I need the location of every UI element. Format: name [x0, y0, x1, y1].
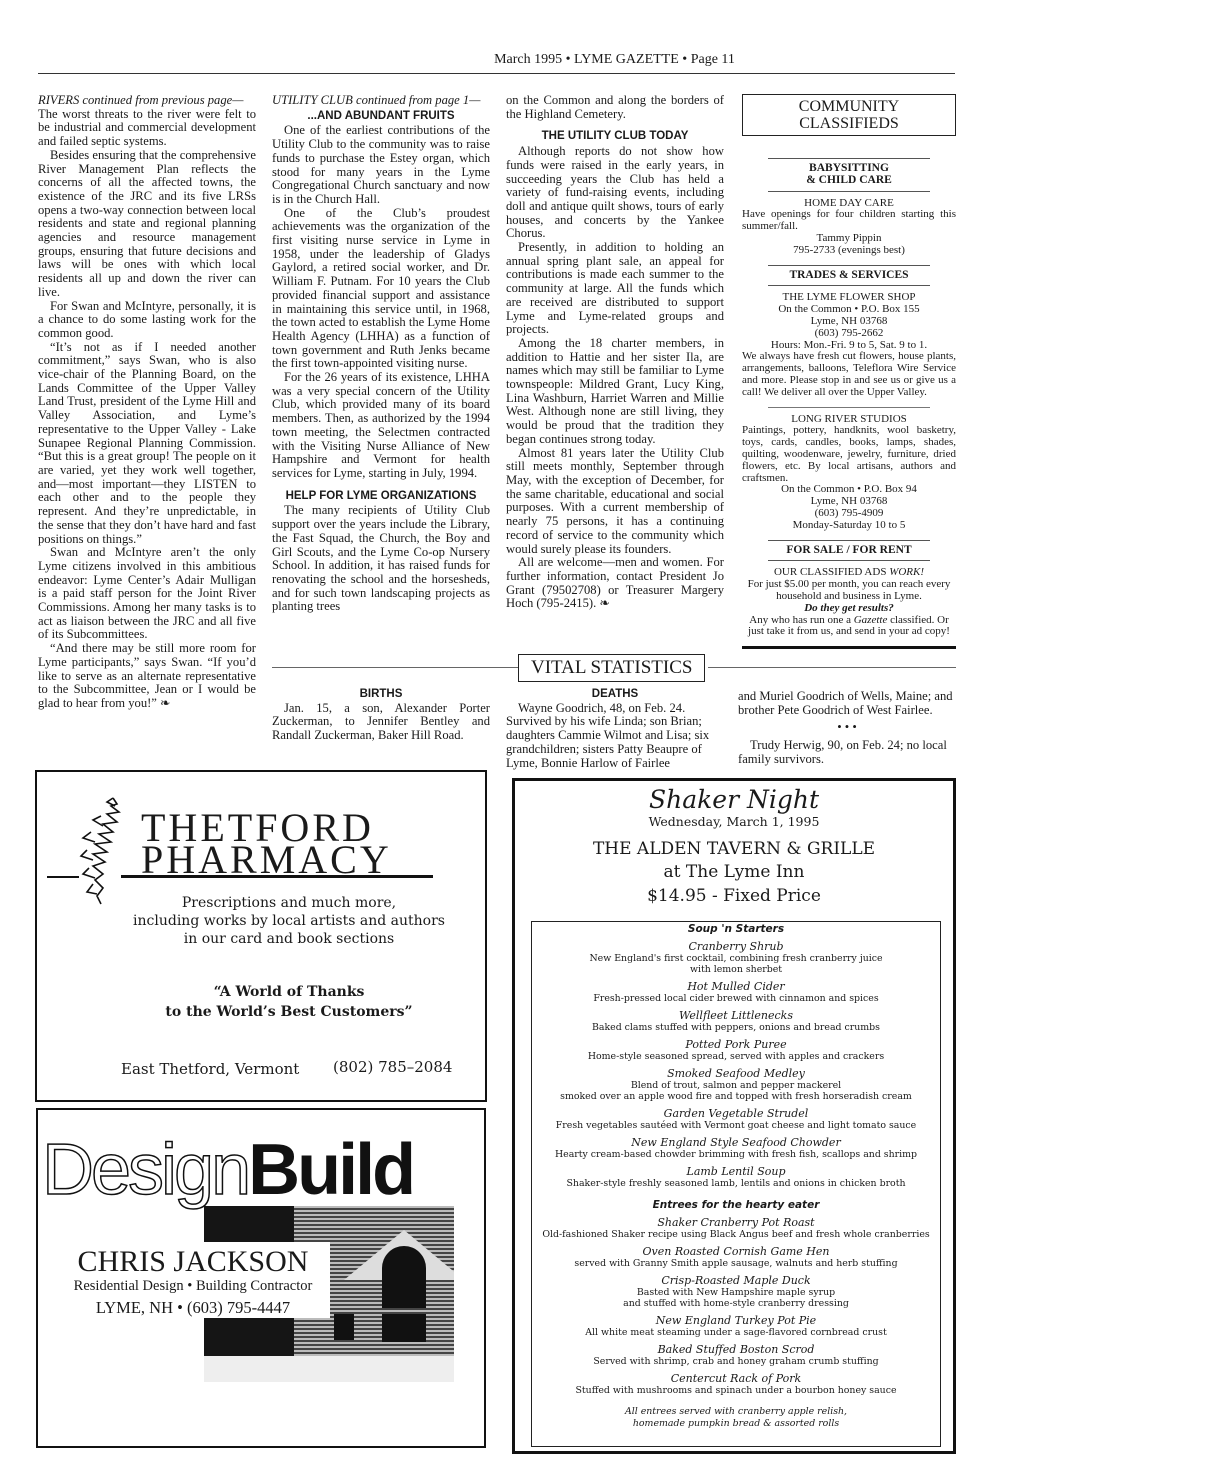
- vital-rule-right: [708, 667, 956, 668]
- menu-item: Shaker Cranberry Pot RoastOld-fashioned …: [532, 1216, 940, 1240]
- menu-footer-line: All entrees served with cranberry apple …: [532, 1406, 940, 1418]
- paragraph: For the 26 years of its existence, LHHA …: [272, 371, 490, 481]
- pharmacy-quote: “A World of Thanks to the World’s Best C…: [133, 982, 445, 1022]
- menu-item-desc: Served with shrimp, crab and honey graha…: [532, 1356, 940, 1367]
- menu-item-desc: Old-fashioned Shaker recipe using Black …: [532, 1229, 940, 1240]
- rivers-column: RIVERS continued from previous page— The…: [38, 94, 256, 711]
- menu-item-desc: New England's first cocktail, combining …: [532, 953, 940, 964]
- paragraph: The many recipients of Utility Club supp…: [272, 504, 490, 614]
- venue-location: at The Lyme Inn: [515, 862, 953, 882]
- window: [334, 1314, 354, 1340]
- deaths-heading: DEATHS: [506, 688, 724, 702]
- menu-item: Baked Stuffed Boston ScrodServed with sh…: [532, 1343, 940, 1367]
- menu-item-name: New England Turkey Pot Pie: [532, 1314, 940, 1327]
- thetford-pharmacy-ad: THETFORD PHARMACY Prescriptions and much…: [35, 770, 487, 1102]
- pharmacy-desc-line: Prescriptions and much more,: [133, 894, 445, 912]
- listing-address: Lyme, NH 03768: [742, 316, 956, 328]
- paragraph: Among the 18 charter members, in additio…: [506, 337, 724, 447]
- menu-section-heading: Soup 'n Starters: [532, 923, 940, 935]
- section-label: & CHILD CARE: [768, 175, 930, 187]
- paragraph: on the Common and along the borders of t…: [506, 94, 724, 121]
- menu-price: $14.95 - Fixed Price: [515, 886, 953, 906]
- entrees-list: Shaker Cranberry Pot RoastOld-fashioned …: [532, 1216, 940, 1396]
- deaths-continued: and Muriel Goodrich of Wells, Maine; and…: [738, 690, 956, 767]
- pharmacy-name: THETFORD PHARMACY: [141, 812, 392, 876]
- paragraph: The worst threats to the river were felt…: [38, 108, 256, 149]
- menu-item: Crisp-Roasted Maple DuckBasted with New …: [532, 1274, 940, 1309]
- paragraph: Swan and McIntyre aren’t the only Lyme c…: [38, 546, 256, 642]
- section-for-sale: FOR SALE / FOR RENT: [768, 540, 930, 562]
- arched-window: [382, 1246, 426, 1308]
- menu-item-desc: served with Granny Smith apple sausage, …: [532, 1258, 940, 1269]
- header-rule: [38, 73, 955, 74]
- page-header: March 1995 • LYME GAZETTE • Page 11: [0, 52, 1229, 68]
- section-babysitting: BABYSITTING & CHILD CARE: [768, 158, 930, 192]
- menu-item-name: Oven Roasted Cornish Game Hen: [532, 1245, 940, 1258]
- menu-section-heading: Entrees for the hearty eater: [532, 1199, 940, 1211]
- listing-desc: Have openings for four children starting…: [742, 209, 956, 233]
- menu-item: New England Turkey Pot PieAll white meat…: [532, 1314, 940, 1338]
- paragraph: All are welcome—men and women. For furth…: [506, 556, 724, 611]
- deaths-text: Trudy Herwig, 90, on Feb. 24; no local f…: [738, 739, 956, 766]
- pharmacy-quote-line: to the World’s Best Customers”: [133, 1002, 445, 1022]
- deaths-text: Wayne Goodrich, 48, on Feb. 24. Survived…: [506, 702, 724, 771]
- menu-item: Centercut Rack of PorkStuffed with mushr…: [532, 1372, 940, 1396]
- section-heading: HELP FOR LYME ORGANIZATIONS: [272, 490, 490, 504]
- menu-item-desc: smoked over an apple wood fire and toppe…: [532, 1091, 940, 1102]
- utility-kicker: UTILITY CLUB continued from page 1—: [272, 94, 490, 108]
- menu-item-desc: Stuffed with mushrooms and spinach under…: [532, 1385, 940, 1396]
- listing-desc: We always have fresh cut flowers, house …: [742, 351, 956, 398]
- classifieds-bottom-rule: [742, 646, 956, 649]
- menu-footer-line: homemade pumpkin bread & assorted rolls: [532, 1418, 940, 1430]
- menu-item: Garden Vegetable StrudelFresh vegetables…: [532, 1107, 940, 1131]
- community-classifieds: COMMUNITY CLASSIFIEDS BABYSITTING & CHIL…: [742, 94, 956, 649]
- pharmacy-location: East Thetford, Vermont: [121, 1060, 299, 1078]
- utility-club-column-continued: on the Common and along the borders of t…: [506, 94, 724, 611]
- listing-hours: Monday-Saturday 10 to 5: [742, 520, 956, 532]
- menu-item-name: Garden Vegetable Strudel: [532, 1107, 940, 1120]
- paragraph: For Swan and McIntyre, personally, it is…: [38, 300, 256, 341]
- menu-item-desc: with lemon sherbet: [532, 964, 940, 975]
- classifieds-title: COMMUNITY: [743, 98, 955, 115]
- designbuild-logo: DesignBuild: [42, 1134, 413, 1206]
- pharmacy-description: Prescriptions and much more, including w…: [133, 894, 445, 948]
- pharmacy-phone: (802) 785–2084: [333, 1058, 452, 1076]
- section-trades: TRADES & SERVICES: [768, 265, 930, 287]
- menu-item-name: Hot Mulled Cider: [532, 980, 940, 993]
- menu-item-name: Lamb Lentil Soup: [532, 1165, 940, 1178]
- menu-item-desc: All white meat steaming under a sage-fla…: [532, 1327, 940, 1338]
- section-heading: ...AND ABUNDANT FRUITS: [272, 110, 490, 124]
- deaths: DEATHS Wayne Goodrich, 48, on Feb. 24. S…: [506, 688, 724, 770]
- paragraph: Almost 81 years later the Utility Club s…: [506, 447, 724, 557]
- paragraph: One of the Club’s proudest achievements …: [272, 207, 490, 371]
- menu-item-desc: Fresh vegetables sautéed with Vermont go…: [532, 1120, 940, 1131]
- menu-item: Hot Mulled CiderFresh-pressed local cide…: [532, 980, 940, 1004]
- menu-item: Oven Roasted Cornish Game Henserved with…: [532, 1245, 940, 1269]
- pharmacy-desc-line: including works by local artists and aut…: [133, 912, 445, 930]
- births-text: Jan. 15, a son, Alexander Porter Zuckerm…: [272, 702, 490, 743]
- menu-item-name: Cranberry Shrub: [532, 940, 940, 953]
- utility-club-column: UTILITY CLUB continued from page 1— ...A…: [272, 94, 490, 614]
- ads-emphasis: WORK!: [889, 566, 924, 578]
- ads-emphasis: Gazette: [854, 614, 888, 626]
- menu-item-desc: Fresh-pressed local cider brewed with ci…: [532, 993, 940, 1004]
- menu-list: Soup 'n Starters Cranberry ShrubNew Engl…: [531, 921, 941, 1447]
- pharmacy-name-line: PHARMACY: [141, 844, 392, 876]
- deaths-text: and Muriel Goodrich of Wells, Maine; and…: [738, 690, 956, 717]
- rule-right: [121, 875, 433, 878]
- pharmacy-desc-line: in our card and book sections: [133, 930, 445, 948]
- separator-dots: • • •: [738, 721, 956, 735]
- menu-item-name: Shaker Cranberry Pot Roast: [532, 1216, 940, 1229]
- ads-text: For just $5.00 per month, you can reach …: [742, 579, 956, 603]
- menu-footer: All entrees served with cranberry apple …: [532, 1406, 940, 1430]
- menu-item: Cranberry ShrubNew England's first cockt…: [532, 940, 940, 975]
- paragraph: Although reports do not show how funds w…: [506, 145, 724, 241]
- paragraph: “And there may be still more room for Ly…: [38, 642, 256, 711]
- vital-statistics-title: VITAL STATISTICS: [518, 654, 705, 682]
- menu-item-desc: Home-style seasoned spread, served with …: [532, 1051, 940, 1062]
- shaker-night-ad: Shaker Night Wednesday, March 1, 1995 TH…: [512, 778, 956, 1454]
- menu-item: Lamb Lentil SoupShaker-style freshly sea…: [532, 1165, 940, 1189]
- menu-item-desc: and stuffed with home-style cranberry dr…: [532, 1298, 940, 1309]
- menu-item-desc: Basted with New Hampshire maple syrup: [532, 1287, 940, 1298]
- menu-item-name: Centercut Rack of Pork: [532, 1372, 940, 1385]
- classifieds-title: CLASSIFIEDS: [743, 115, 955, 132]
- pine-branch-icon: [73, 796, 133, 906]
- contractor-contact: LYME, NH • (603) 795-4447: [58, 1298, 328, 1318]
- births: BIRTHS Jan. 15, a son, Alexander Porter …: [272, 688, 490, 743]
- menu-title: Shaker Night: [515, 785, 953, 814]
- designbuild-ad: DesignBuild CHRIS JACKSON Residential De…: [36, 1108, 486, 1448]
- paragraph: Besides ensuring that the comprehensive …: [38, 149, 256, 300]
- menu-item-name: Potted Pork Puree: [532, 1038, 940, 1051]
- divider: [768, 407, 930, 408]
- menu-item-desc: Shaker-style freshly seasoned lamb, lent…: [532, 1178, 940, 1189]
- menu-item-desc: Hearty cream-based chowder brimming with…: [532, 1149, 940, 1160]
- pharmacy-quote-line: “A World of Thanks: [133, 982, 445, 1002]
- menu-date: Wednesday, March 1, 1995: [515, 814, 953, 829]
- menu-item: Smoked Seafood MedleyBlend of trout, sal…: [532, 1067, 940, 1102]
- listing-contact: Tammy Pippin: [742, 233, 956, 245]
- paragraph: One of the earliest contributions of the…: [272, 124, 490, 206]
- window: [382, 1314, 426, 1342]
- listing-desc: Paintings, pottery, handknits, wool bask…: [742, 425, 956, 484]
- venue-name: THE ALDEN TAVERN & GRILLE: [515, 839, 953, 859]
- ads-text: Any who has run one a: [749, 614, 853, 626]
- menu-item-name: Crisp-Roasted Maple Duck: [532, 1274, 940, 1287]
- menu-item: Potted Pork PureeHome-style seasoned spr…: [532, 1038, 940, 1062]
- menu-item: Wellfleet LittlenecksBaked clams stuffed…: [532, 1009, 940, 1033]
- rule-left: [47, 876, 79, 878]
- logo-build: Build: [248, 1130, 413, 1210]
- listing-phone: (603) 795-4909: [742, 508, 956, 520]
- section-heading: THE UTILITY CLUB TODAY: [506, 130, 724, 144]
- logo-design: Design: [42, 1130, 248, 1210]
- menu-item-desc: Blend of trout, salmon and pepper macker…: [532, 1080, 940, 1091]
- rivers-kicker: RIVERS continued from previous page—: [38, 94, 256, 108]
- starters-list: Cranberry ShrubNew England's first cockt…: [532, 940, 940, 1189]
- ads-text: OUR CLASSIFIED ADS: [774, 566, 889, 578]
- menu-item-name: Wellfleet Littlenecks: [532, 1009, 940, 1022]
- menu-item-name: New England Style Seafood Chowder: [532, 1136, 940, 1149]
- vital-rule-left: [272, 667, 520, 668]
- contractor-name: CHRIS JACKSON: [58, 1246, 328, 1278]
- contractor-tagline: Residential Design • Building Contractor: [48, 1278, 338, 1295]
- listing-phone: 795-2733 (evenings best): [742, 245, 956, 257]
- ads-text: Any who has run one a Gazette classified…: [742, 615, 956, 639]
- paragraph: “It’s not as if I needed another commitm…: [38, 341, 256, 547]
- snow: [204, 1356, 454, 1382]
- paragraph: Presently, in addition to holding an ann…: [506, 241, 724, 337]
- listing-phone: (603) 795-2662: [742, 328, 956, 340]
- menu-item-name: Baked Stuffed Boston Scrod: [532, 1343, 940, 1356]
- menu-item-desc: Baked clams stuffed with peppers, onions…: [532, 1022, 940, 1033]
- classifieds-title-box: COMMUNITY CLASSIFIEDS: [742, 94, 956, 136]
- births-heading: BIRTHS: [272, 688, 490, 702]
- menu-item: New England Style Seafood ChowderHearty …: [532, 1136, 940, 1160]
- menu-item-name: Smoked Seafood Medley: [532, 1067, 940, 1080]
